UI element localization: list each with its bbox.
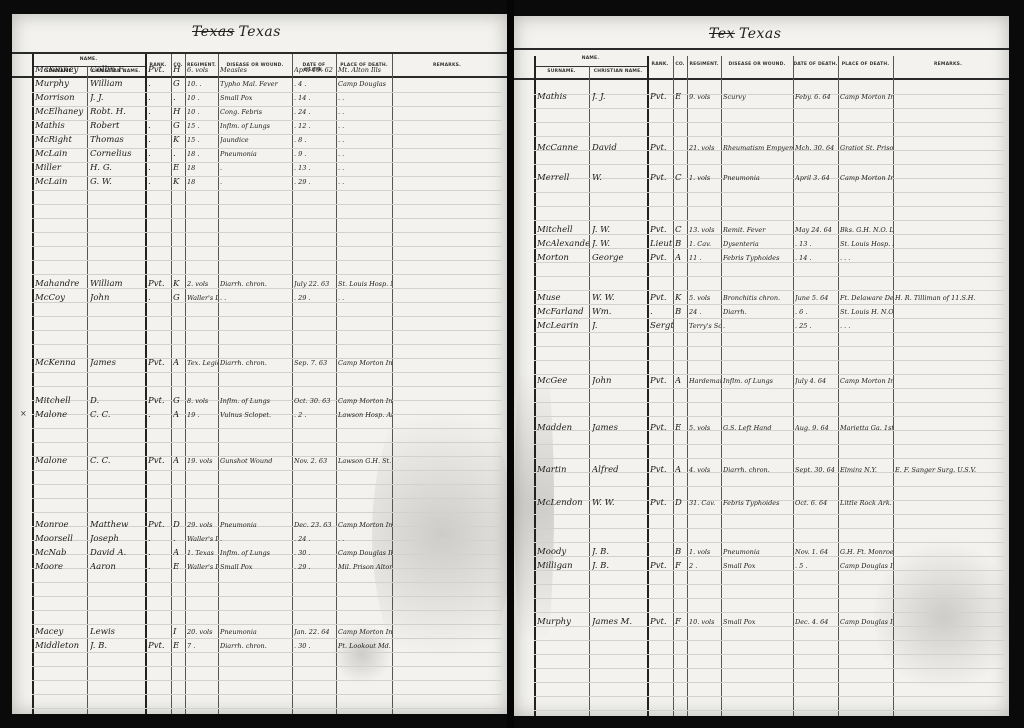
ledger-entry-row: MitchellJ. W.Pvt.C13. volsRemit. FeverMa…	[514, 224, 1009, 238]
cell-regiment: 19 .	[187, 409, 218, 421]
ruled-line	[32, 260, 502, 261]
cell-co: A	[675, 252, 687, 264]
cell-surname: Mitchell	[35, 395, 87, 407]
cell-date: July 4. 64	[795, 375, 838, 387]
ledger-entry-row: McCoyJohn.GWaller's Legn.. .. 29 .. .	[12, 292, 507, 306]
cell-disease: .	[220, 162, 292, 174]
cell-christian: C. C.	[90, 409, 145, 421]
cell-place: Elmira N.Y.	[840, 464, 893, 476]
cell-rank: .	[148, 533, 171, 545]
cell-place: . .	[338, 92, 392, 104]
cell-place: Pt. Lookout Md.	[338, 640, 392, 652]
cell-surname: Mathis	[35, 120, 87, 132]
cell-surname: McLendon	[537, 497, 589, 509]
ruled-line	[534, 220, 1004, 221]
cell-regiment: Hardeman's Cav.	[689, 375, 721, 387]
cell-rank: .	[650, 306, 673, 318]
ruled-line	[32, 218, 502, 219]
cell-place: St. Louis Hosp. N.O. La.	[840, 238, 893, 250]
cell-date: July 22. 63	[294, 278, 336, 290]
ledger-entry-row: MathisRobert.G15 .Inflm. of Lungs. 12 ..…	[12, 120, 507, 134]
ruled-line	[534, 486, 1004, 487]
cell-date: Sept. 30. 64	[795, 464, 838, 476]
header-date: Date of Death.	[793, 62, 838, 67]
ruled-line	[534, 206, 1004, 207]
cell-co: C	[675, 224, 687, 236]
cell-place: . .	[338, 134, 392, 146]
ruled-line	[534, 542, 1004, 543]
ruled-line	[534, 528, 1004, 529]
cell-date: . 13 .	[294, 162, 336, 174]
cell-place: . .	[338, 162, 392, 174]
cell-disease: Pneumonia	[220, 626, 292, 638]
cell-co: .	[173, 92, 185, 104]
cell-rank: Lieut.	[650, 238, 673, 250]
ruled-line	[32, 498, 502, 499]
cell-surname: McCoy	[35, 292, 87, 304]
cell-date: Oct. 30. 63	[294, 395, 336, 407]
ruled-line	[32, 442, 502, 443]
header-name: Name.	[534, 56, 647, 61]
ruled-line	[534, 164, 1004, 165]
cell-regiment: 7 .	[187, 640, 218, 652]
cell-rank: Pvt.	[650, 224, 673, 236]
cell-rank: .	[148, 292, 171, 304]
cell-disease: Febris Typhoides	[723, 252, 793, 264]
cell-surname: Madden	[537, 422, 589, 434]
ledger-entry-row: MurphyJames M.Pvt.F10. volsSmall PoxDec.…	[514, 616, 1009, 630]
cell-surname: McLain	[35, 148, 87, 160]
ruled-line	[534, 584, 1004, 585]
ruled-line	[32, 470, 502, 471]
cell-disease: Diarrh. chron.	[220, 278, 292, 290]
cell-date: . 24 .	[294, 533, 336, 545]
cell-disease: Febris Typhoides	[723, 497, 793, 509]
cell-disease: Inflm. of Lungs	[723, 375, 793, 387]
cell-rank: Pvt.	[148, 519, 171, 531]
cell-regiment: Waller's Legn.	[187, 292, 218, 304]
cell-date: Oct. 6. 64	[795, 497, 838, 509]
cell-regiment: 18 .	[187, 148, 218, 160]
cell-disease: Inflm. of Lungs	[220, 120, 292, 132]
cell-disease: Small Pox	[723, 560, 793, 572]
cell-surname: McGee	[537, 375, 589, 387]
cell-disease: .	[723, 320, 793, 332]
cell-place: Marietta Ga. 1st Div. Hosp.	[840, 422, 893, 434]
cell-regiment: 15 .	[187, 120, 218, 132]
cell-place: Bks. G.H. N.O. La.	[840, 224, 893, 236]
ledger-entry-row: MaddenJamesPvt.E5. volsG.S. Left HandAug…	[514, 422, 1009, 436]
ledger-entry-row: McCanneDavidPvt.21. volsRheumatism Empye…	[514, 142, 1009, 156]
cell-christian: W. W.	[592, 292, 647, 304]
cell-place: Camp Douglas Ill.	[840, 616, 893, 628]
header-place: Place of Death.	[838, 62, 893, 67]
cell-rank: .	[148, 134, 171, 146]
cell-date: Dec. 4. 64	[795, 616, 838, 628]
cell-date: . 4 .	[294, 78, 336, 90]
ledger-entry-row: McElhaneyRobt. H..H10 .Cong. Febris. 24 …	[12, 106, 507, 120]
cell-co: F	[675, 616, 687, 628]
cell-place: Camp Morton Ind.	[338, 626, 392, 638]
header-rank: Rank.	[647, 62, 673, 67]
ledger-entry-row: MonroeMatthewPvt.D29. volsPneumoniaDec. …	[12, 519, 507, 533]
cell-regiment: 2. vols	[187, 278, 218, 290]
state-name: Texas	[739, 26, 781, 42]
ledger-entry-row: McGeeJohnPvt.AHardeman's Cav.Inflm. of L…	[514, 375, 1009, 389]
header-disease: Disease or Wound.	[721, 62, 793, 67]
cell-disease: Small Pox	[220, 92, 292, 104]
cell-co: E	[173, 162, 185, 174]
cell-place: G.H. Ft. Monroe Va.	[840, 546, 893, 558]
cell-disease: Inflm. of Lungs	[220, 395, 292, 407]
cell-date: Sep. 7. 63	[294, 357, 336, 369]
cell-date: . 13 .	[795, 238, 838, 250]
cell-place: Camp Douglas	[338, 78, 392, 90]
cell-regiment: 10. vols	[689, 616, 721, 628]
cell-co: H	[173, 106, 185, 118]
cell-surname: McLain	[35, 176, 87, 188]
cell-rank: .	[148, 120, 171, 132]
cell-christian: James	[592, 422, 647, 434]
cell-surname: Martin	[537, 464, 589, 476]
cell-date: . 6 .	[795, 306, 838, 318]
cell-regiment: 1. Cav.	[689, 238, 721, 250]
ruled-line	[32, 610, 502, 611]
ruled-line	[534, 360, 1004, 361]
cell-disease: . .	[220, 292, 292, 304]
cell-surname: McFarland	[537, 306, 589, 318]
cell-christian: George	[592, 252, 647, 264]
ledger-entry-row: McAlexanderJ. W.Lieut.B1. Cav.Dysenteria…	[514, 238, 1009, 252]
cell-regiment: 19. vols	[187, 455, 218, 467]
cell-surname: McNab	[35, 547, 87, 559]
ledger-entry-row: McKinneyCollin F.Pvt.H6. volsMeaslesApri…	[12, 64, 507, 78]
cell-date: . 8 .	[294, 134, 336, 146]
ruled-line	[534, 612, 1004, 613]
cell-rank: Sergt.	[650, 320, 673, 332]
cell-surname: McElhaney	[35, 106, 87, 118]
ruled-line	[32, 624, 502, 625]
cell-christian: J. W.	[592, 238, 647, 250]
cell-date: . 2 .	[294, 409, 336, 421]
ruled-line	[32, 428, 502, 429]
header-rule	[12, 52, 507, 54]
cell-christian: W.	[592, 172, 647, 184]
cell-co: E	[675, 91, 687, 103]
cell-co: A	[173, 409, 185, 421]
cell-place: Mil. Prison Alton Ill.	[338, 561, 392, 573]
cell-regiment: 5. vols	[689, 292, 721, 304]
cell-disease: Bronchitis chron.	[723, 292, 793, 304]
ruled-line	[32, 316, 502, 317]
header-rule	[514, 48, 1009, 50]
cell-rank: Pvt.	[650, 560, 673, 572]
cell-christian: James	[90, 357, 145, 369]
cell-surname: Mahandre	[35, 278, 87, 290]
cell-disease: .	[220, 533, 292, 545]
ruled-line	[534, 402, 1004, 403]
cell-date: June 5. 64	[795, 292, 838, 304]
cell-surname: Morton	[537, 252, 589, 264]
cell-place: Gratiot St. Prison St. Louis Mo.	[840, 142, 893, 154]
cell-rank: Pvt.	[650, 616, 673, 628]
cell-christian: Matthew	[90, 519, 145, 531]
cell-disease: Pneumonia	[220, 148, 292, 160]
cell-surname: Merrell	[537, 172, 589, 184]
cell-disease: Remit. Fever	[723, 224, 793, 236]
cell-regiment: Terry's Scouts	[689, 320, 721, 332]
ruled-line	[534, 122, 1004, 123]
cell-co: A	[173, 455, 185, 467]
cell-rank: .	[148, 148, 171, 160]
cell-regiment: 13. vols	[689, 224, 721, 236]
cell-christian: Cornelius	[90, 148, 145, 160]
ruled-line	[32, 246, 502, 247]
cell-regiment: 29. vols	[187, 519, 218, 531]
cell-place: . .	[338, 533, 392, 545]
cell-co: B	[675, 238, 687, 250]
cell-place: Camp Morton Ind.	[840, 172, 893, 184]
ledger-entry-row: MahandreWilliamPvt.K2. volsDiarrh. chron…	[12, 278, 507, 292]
cell-christian: Alfred	[592, 464, 647, 476]
ruled-line	[534, 682, 1004, 683]
cell-date: Jan. 22. 64	[294, 626, 336, 638]
cell-christian: J.	[592, 320, 647, 332]
cell-co: K	[173, 134, 185, 146]
page-title: TexTexas	[709, 26, 781, 42]
ledger-entry-row: McRightThomas.K15 .Jaundice. 8 .. .	[12, 134, 507, 148]
cell-surname: Murphy	[35, 78, 87, 90]
ruled-line	[534, 416, 1004, 417]
cell-regiment: 1. Texas	[187, 547, 218, 559]
cell-place: . . .	[840, 252, 893, 264]
ruled-line	[32, 232, 502, 233]
cell-date: . 25 .	[795, 320, 838, 332]
cell-co: D	[173, 519, 185, 531]
cell-regiment: 10 .	[187, 92, 218, 104]
cell-christian: Robt. H.	[90, 106, 145, 118]
cell-surname: Mitchell	[537, 224, 589, 236]
cell-disease: Diarrh. chron.	[220, 640, 292, 652]
ruled-line	[534, 668, 1004, 669]
ruled-line	[534, 696, 1004, 697]
cell-surname: Malone	[35, 409, 87, 421]
ruled-line	[534, 710, 1004, 711]
cell-christian: G. W.	[90, 176, 145, 188]
cell-christian: James M.	[592, 616, 647, 628]
header-regiment: Regiment.	[687, 62, 721, 67]
cell-regiment: 31. Cav.	[689, 497, 721, 509]
cell-date: . 14 .	[294, 92, 336, 104]
cell-surname: Moody	[537, 546, 589, 558]
cell-christian: Joseph	[90, 533, 145, 545]
cell-christian: Aaron	[90, 561, 145, 573]
ruled-line	[534, 136, 1004, 137]
ledger-entry-row: McLearinJ.Sergt.Terry's Scouts.. 25 .. .…	[514, 320, 1009, 334]
cell-surname: Moore	[35, 561, 87, 573]
ruled-line	[534, 458, 1004, 459]
cell-co: G	[173, 120, 185, 132]
cell-disease: Pneumonia	[723, 546, 793, 558]
ruled-line	[534, 654, 1004, 655]
cell-rank: Pvt.	[148, 640, 171, 652]
cell-regiment: 2 .	[689, 560, 721, 572]
cell-surname: McKinney	[35, 64, 87, 76]
cell-rank: .	[148, 409, 171, 421]
cell-co: G	[173, 292, 185, 304]
cell-co: E	[173, 561, 185, 573]
cell-surname: Macey	[35, 626, 87, 638]
ledger-entry-row: MathisJ. J.Pvt.E9. volsScurvyFeby. 6. 64…	[514, 91, 1009, 105]
cell-place: . . .	[840, 320, 893, 332]
cell-co: A	[675, 464, 687, 476]
ledger-entry-row: MartinAlfredPvt.A4. volsDiarrh. chron.Se…	[514, 464, 1009, 478]
cell-place: . .	[338, 292, 392, 304]
cell-date: May 24. 64	[795, 224, 838, 236]
cell-date: April 19. 62	[294, 64, 336, 76]
ruled-line	[534, 346, 1004, 347]
ledger-entry-row: ×MaloneC. C..A19 .Vulnus Sclopet.. 2 .La…	[12, 409, 507, 423]
ledger-entry-row: MillerH. G..E18.. 13 .. .	[12, 162, 507, 176]
struck-title: Texas	[192, 24, 234, 40]
cell-christian: H. G.	[90, 162, 145, 174]
cell-place: . .	[338, 176, 392, 188]
cell-place: Camp Morton Ind.	[338, 519, 392, 531]
ledger-entry-row: MitchellD.Pvt.G8. volsInflm. of LungsOct…	[12, 395, 507, 409]
cell-co: E	[173, 640, 185, 652]
cell-christian: William	[90, 278, 145, 290]
ledger-entry-row: McLendonW. W.Pvt.D31. Cav.Febris Typhoid…	[514, 497, 1009, 511]
cell-surname: Malone	[35, 455, 87, 467]
ledger-entry-row: MiddletonJ. B.Pvt.E7 .Diarrh. chron.. 30…	[12, 640, 507, 654]
cell-rank: .	[148, 78, 171, 90]
ledger-entry-row: McNabDavid A..A1. TexasInflm. of Lungs. …	[12, 547, 507, 561]
cell-surname: Murphy	[537, 616, 589, 628]
cell-co: A	[173, 547, 185, 559]
cell-regiment: 1. vols	[689, 172, 721, 184]
cell-disease: Vulnus Sclopet.	[220, 409, 292, 421]
cell-date: Feby. 6. 64	[795, 91, 838, 103]
cell-rank: Pvt.	[650, 91, 673, 103]
cell-rank: Pvt.	[148, 64, 171, 76]
ruled-line	[32, 666, 502, 667]
cell-rank: Pvt.	[650, 375, 673, 387]
book-binding	[507, 0, 514, 728]
cell-regiment: 1. vols	[689, 546, 721, 558]
ledger-entry-row: MaloneC. C.Pvt.A19. volsGunshot WoundNov…	[12, 455, 507, 469]
cell-rank: Pvt.	[148, 395, 171, 407]
cell-disease: Inflm. of Lungs	[220, 547, 292, 559]
cell-remarks: H. R. Tilliman of 11.S.H.	[895, 292, 1007, 304]
cell-date: Nov. 1. 64	[795, 546, 838, 558]
cell-date: . 29 .	[294, 176, 336, 188]
header-remarks: Remarks.	[893, 62, 1003, 67]
cell-rank: Pvt.	[650, 422, 673, 434]
cell-disease: Small Pox	[220, 561, 292, 573]
cell-christian: J. J.	[90, 92, 145, 104]
cell-christian: J. B.	[592, 546, 647, 558]
cell-disease: Pneumonia	[723, 172, 793, 184]
cell-disease: Gunshot Wound	[220, 455, 292, 467]
ruled-line	[32, 386, 502, 387]
cell-co: D	[675, 497, 687, 509]
cell-disease: Diarrh. chron.	[220, 357, 292, 369]
cell-regiment: Waller's Leg.	[187, 533, 218, 545]
cell-surname: Milligan	[537, 560, 589, 572]
cell-surname: Monroe	[35, 519, 87, 531]
cell-place: Camp Morton Ind.	[840, 375, 893, 387]
ledger-entry-row: MoorsellJoseph..Waller's Leg... 24 .. .	[12, 533, 507, 547]
cell-regiment: 5. vols	[689, 422, 721, 434]
cell-date: Nov. 2. 63	[294, 455, 336, 467]
ruled-line	[32, 484, 502, 485]
ledger-entry-row: McFarlandWm..B24 .Diarrh.. 6 .St. Louis …	[514, 306, 1009, 320]
ledger-entry-row: MerrellW.Pvt.C1. volsPneumoniaApril 3. 6…	[514, 172, 1009, 186]
cell-christian: J. B.	[592, 560, 647, 572]
cell-disease: Diarrh. chron.	[723, 464, 793, 476]
cell-co: A	[675, 375, 687, 387]
left-ledger-page: TexasTexas Name. Surname. Christian Name…	[12, 14, 507, 714]
cell-rank: .	[148, 176, 171, 188]
cell-co: I	[173, 626, 185, 638]
cell-place: Lawson G.H. St. Louis Mo.	[338, 455, 392, 467]
cell-date: . 29 .	[294, 292, 336, 304]
ledger-entry-row: MorrisonJ. J...10 .Small Pox. 14 .. .	[12, 92, 507, 106]
cell-rank: Pvt.	[650, 292, 673, 304]
cell-christian: Robert	[90, 120, 145, 132]
cell-christian: J. J.	[592, 91, 647, 103]
cell-surname: McKenna	[35, 357, 87, 369]
cell-co: A	[173, 357, 185, 369]
cell-co: H	[173, 64, 185, 76]
ruled-line	[32, 372, 502, 373]
cell-regiment: Tex. Legion	[187, 357, 218, 369]
cell-surname: Moorsell	[35, 533, 87, 545]
cell-christian: J. W.	[592, 224, 647, 236]
ledger-entry-row: MortonGeorgePvt.A11 .Febris Typhoides. 1…	[514, 252, 1009, 266]
ruled-line	[32, 330, 502, 331]
struck-title: Tex	[709, 26, 735, 42]
header-christian-name: Christian Name.	[589, 69, 647, 74]
cell-regiment: 18	[187, 176, 218, 188]
cell-disease: .	[220, 176, 292, 188]
cell-surname: McLearin	[537, 320, 589, 332]
cell-christian: John	[592, 375, 647, 387]
cell-regiment: 9. vols	[689, 91, 721, 103]
cell-surname: Middleton	[35, 640, 87, 652]
cell-date: . 30 .	[294, 547, 336, 559]
ledger-entry-row: MilliganJ. B.Pvt.F2 .Small Pox. 5 .Camp …	[514, 560, 1009, 574]
cell-christian: W. W.	[592, 497, 647, 509]
cell-place: St. Louis Hosp. N.O. La.	[338, 278, 392, 290]
cell-co: G	[173, 395, 185, 407]
ruled-line	[534, 598, 1004, 599]
cell-christian: J. B.	[90, 640, 145, 652]
cell-regiment: 8. vols	[187, 395, 218, 407]
cell-co: F	[675, 560, 687, 572]
ruled-line	[32, 596, 502, 597]
cell-date: Dec. 23. 63	[294, 519, 336, 531]
ruled-line	[534, 192, 1004, 193]
cell-surname: McCanne	[537, 142, 589, 154]
cell-regiment: 10 .	[187, 106, 218, 118]
cell-disease: Scurvy	[723, 91, 793, 103]
ledger-entry-row: MuseW. W.Pvt.K5. volsBronchitis chron.Ju…	[514, 292, 1009, 306]
cell-regiment: 21. vols	[689, 142, 721, 154]
cell-regiment: 18	[187, 162, 218, 174]
cell-place: Camp Morton Ind.	[840, 91, 893, 103]
cell-christian: David A.	[90, 547, 145, 559]
